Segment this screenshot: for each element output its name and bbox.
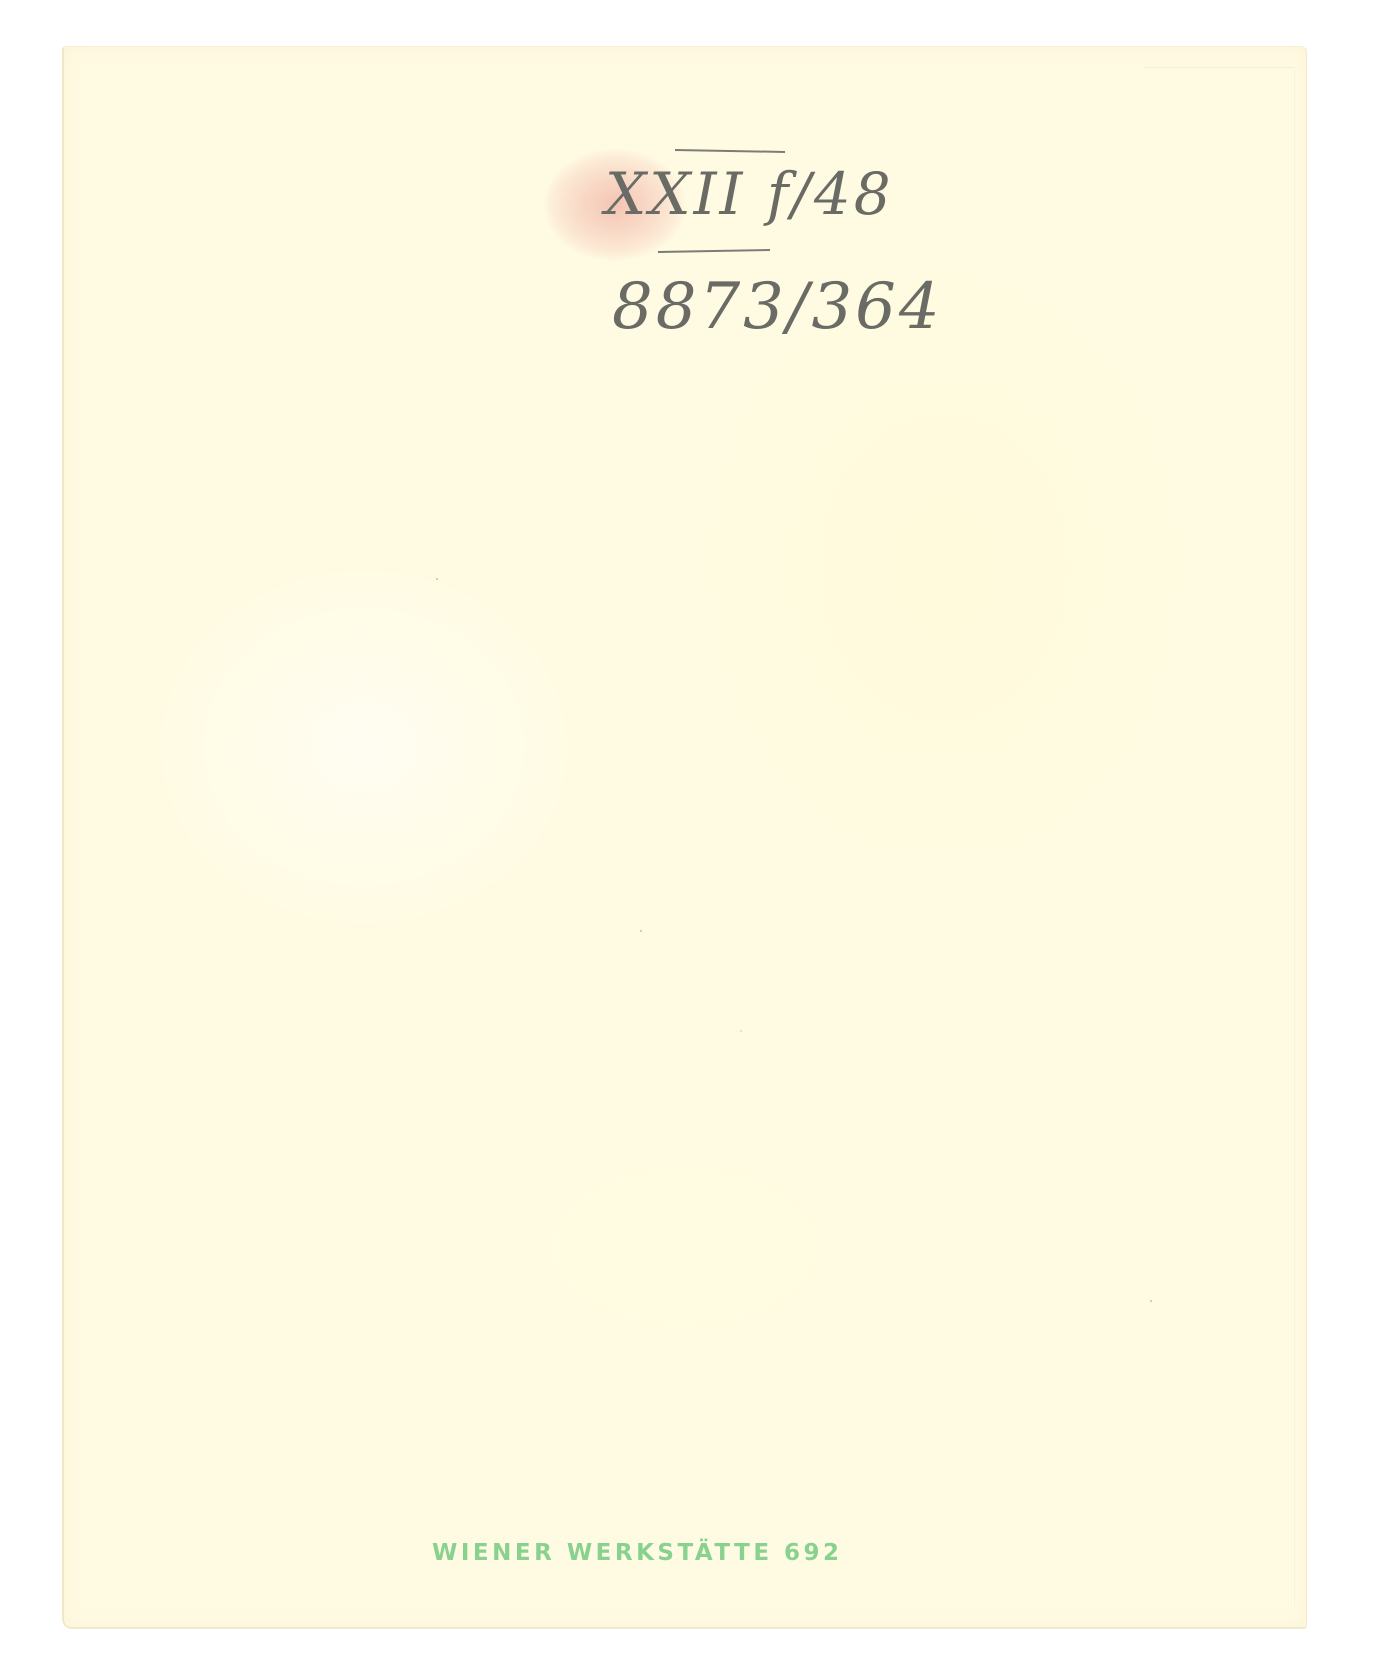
paper-speck bbox=[1150, 1300, 1152, 1302]
paper-speck bbox=[640, 930, 642, 932]
handwritten-inventory-number: 8873/364 bbox=[612, 270, 943, 344]
card-inner-frame bbox=[1144, 67, 1295, 1608]
publisher-stamp: WIENER WERKSTÄTTE 692 bbox=[432, 1540, 843, 1566]
paper-speck bbox=[436, 578, 438, 580]
paper-speck bbox=[740, 1030, 742, 1032]
handwritten-catalog-number: XXII f/48 bbox=[605, 160, 894, 228]
